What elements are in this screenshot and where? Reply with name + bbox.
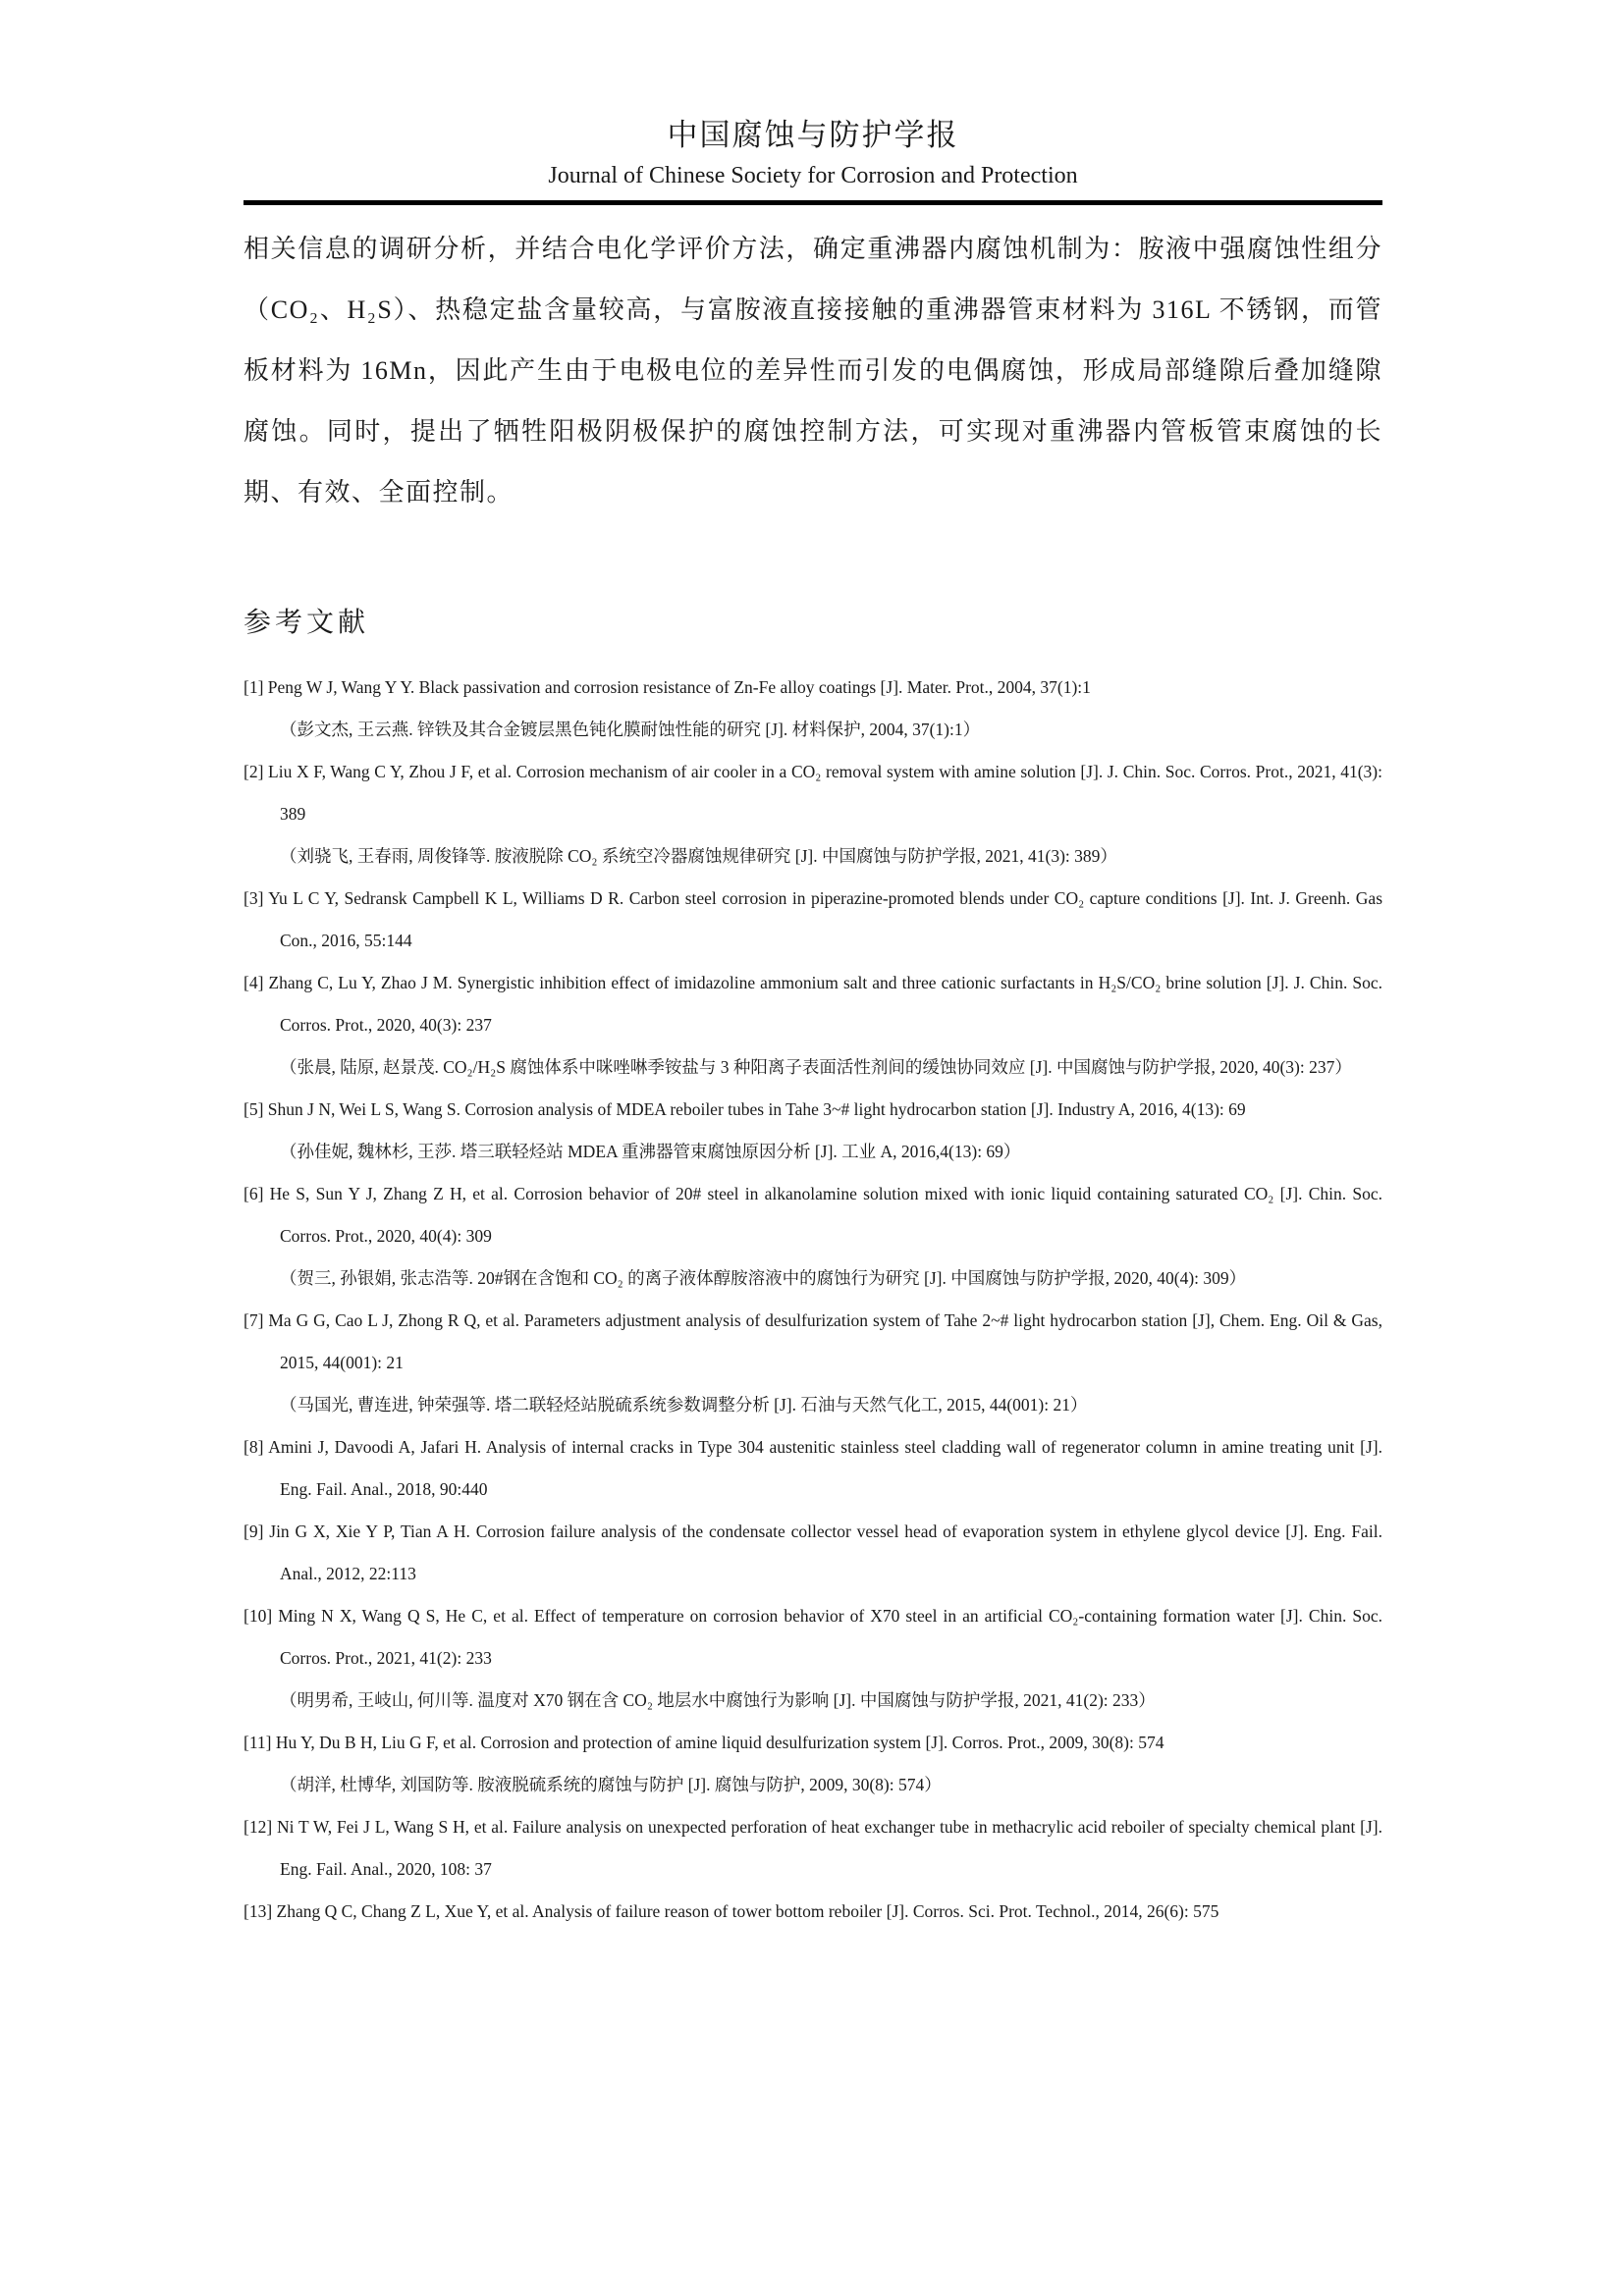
reference-item: [7] Ma G G, Cao L J, Zhong R Q, et al. P… — [244, 1300, 1382, 1426]
reference-english-text: [9] Jin G X, Xie Y P, Tian A H. Corrosio… — [244, 1511, 1382, 1595]
reference-item: [10] Ming N X, Wang Q S, He C, et al. Ef… — [244, 1595, 1382, 1722]
reference-list: [1] Peng W J, Wang Y Y. Black passivatio… — [244, 667, 1382, 1933]
journal-title-english: Journal of Chinese Society for Corrosion… — [244, 161, 1382, 190]
reference-english-text: [6] He S, Sun Y J, Zhang Z H, et al. Cor… — [244, 1173, 1382, 1257]
reference-item: [11] Hu Y, Du B H, Liu G F, et al. Corro… — [244, 1722, 1382, 1806]
reference-item: [3] Yu L C Y, Sedransk Campbell K L, Wil… — [244, 878, 1382, 962]
reference-english-text: [7] Ma G G, Cao L J, Zhong R Q, et al. P… — [244, 1300, 1382, 1384]
reference-chinese-text: （彭文杰, 王云燕. 锌铁及其合金镀层黑色钝化膜耐蚀性能的研究 [J]. 材料保… — [244, 709, 1382, 751]
reference-chinese-text: （贺三, 孙银娟, 张志浩等. 20#钢在含饱和 CO₂ 的离子液体醇胺溶液中的… — [244, 1257, 1382, 1300]
reference-item: [9] Jin G X, Xie Y P, Tian A H. Corrosio… — [244, 1511, 1382, 1595]
reference-item: [1] Peng W J, Wang Y Y. Black passivatio… — [244, 667, 1382, 751]
page-content: 中国腐蚀与防护学报 Journal of Chinese Society for… — [244, 0, 1382, 1933]
journal-running-head: 中国腐蚀与防护学报 Journal of Chinese Society for… — [244, 116, 1382, 205]
reference-item: [13] Zhang Q C, Chang Z L, Xue Y, et al.… — [244, 1891, 1382, 1933]
document-page: 中国腐蚀与防护学报 Journal of Chinese Society for… — [0, 0, 1624, 2296]
reference-chinese-text: （明男希, 王岐山, 何川等. 温度对 X70 钢在含 CO₂ 地层水中腐蚀行为… — [244, 1680, 1382, 1722]
reference-english-text: [3] Yu L C Y, Sedransk Campbell K L, Wil… — [244, 878, 1382, 962]
references-heading: 参考文献 — [244, 604, 1382, 643]
reference-english-text: [12] Ni T W, Fei J L, Wang S H, et al. F… — [244, 1806, 1382, 1891]
reference-english-text: [1] Peng W J, Wang Y Y. Black passivatio… — [244, 667, 1382, 709]
reference-item: [2] Liu X F, Wang C Y, Zhou J F, et al. … — [244, 751, 1382, 878]
reference-english-text: [10] Ming N X, Wang Q S, He C, et al. Ef… — [244, 1595, 1382, 1680]
journal-title-chinese: 中国腐蚀与防护学报 — [244, 116, 1382, 155]
reference-chinese-text: （孙佳妮, 魏林杉, 王莎. 塔三联轻烃站 MDEA 重沸器管束腐蚀原因分析 [… — [244, 1131, 1382, 1173]
reference-english-text: [4] Zhang C, Lu Y, Zhao J M. Synergistic… — [244, 962, 1382, 1046]
reference-chinese-text: （张晨, 陆原, 赵景茂. CO₂/H₂S 腐蚀体系中咪唑啉季铵盐与 3 种阳离… — [244, 1046, 1382, 1089]
reference-item: [8] Amini J, Davoodi A, Jafari H. Analys… — [244, 1426, 1382, 1511]
reference-chinese-text: （胡洋, 杜博华, 刘国防等. 胺液脱硫系统的腐蚀与防护 [J]. 腐蚀与防护,… — [244, 1764, 1382, 1806]
reference-item: [6] He S, Sun Y J, Zhang Z H, et al. Cor… — [244, 1173, 1382, 1300]
header-divider-rule — [244, 200, 1382, 205]
reference-item: [4] Zhang C, Lu Y, Zhao J M. Synergistic… — [244, 962, 1382, 1089]
reference-english-text: [13] Zhang Q C, Chang Z L, Xue Y, et al.… — [244, 1891, 1382, 1933]
reference-chinese-text: （刘骁飞, 王春雨, 周俊锋等. 胺液脱除 CO₂ 系统空冷器腐蚀规律研究 [J… — [244, 835, 1382, 878]
reference-item: [12] Ni T W, Fei J L, Wang S H, et al. F… — [244, 1806, 1382, 1891]
reference-english-text: [11] Hu Y, Du B H, Liu G F, et al. Corro… — [244, 1722, 1382, 1764]
reference-english-text: [5] Shun J N, Wei L S, Wang S. Corrosion… — [244, 1089, 1382, 1131]
reference-english-text: [8] Amini J, Davoodi A, Jafari H. Analys… — [244, 1426, 1382, 1511]
reference-chinese-text: （马国光, 曹连进, 钟荣强等. 塔二联轻烃站脱硫系统参数调整分析 [J]. 石… — [244, 1384, 1382, 1426]
abstract-paragraph: 相关信息的调研分析，并结合电化学评价方法，确定重沸器内腐蚀机制为：胺液中强腐蚀性… — [244, 219, 1382, 523]
reference-english-text: [2] Liu X F, Wang C Y, Zhou J F, et al. … — [244, 751, 1382, 835]
reference-item: [5] Shun J N, Wei L S, Wang S. Corrosion… — [244, 1089, 1382, 1173]
